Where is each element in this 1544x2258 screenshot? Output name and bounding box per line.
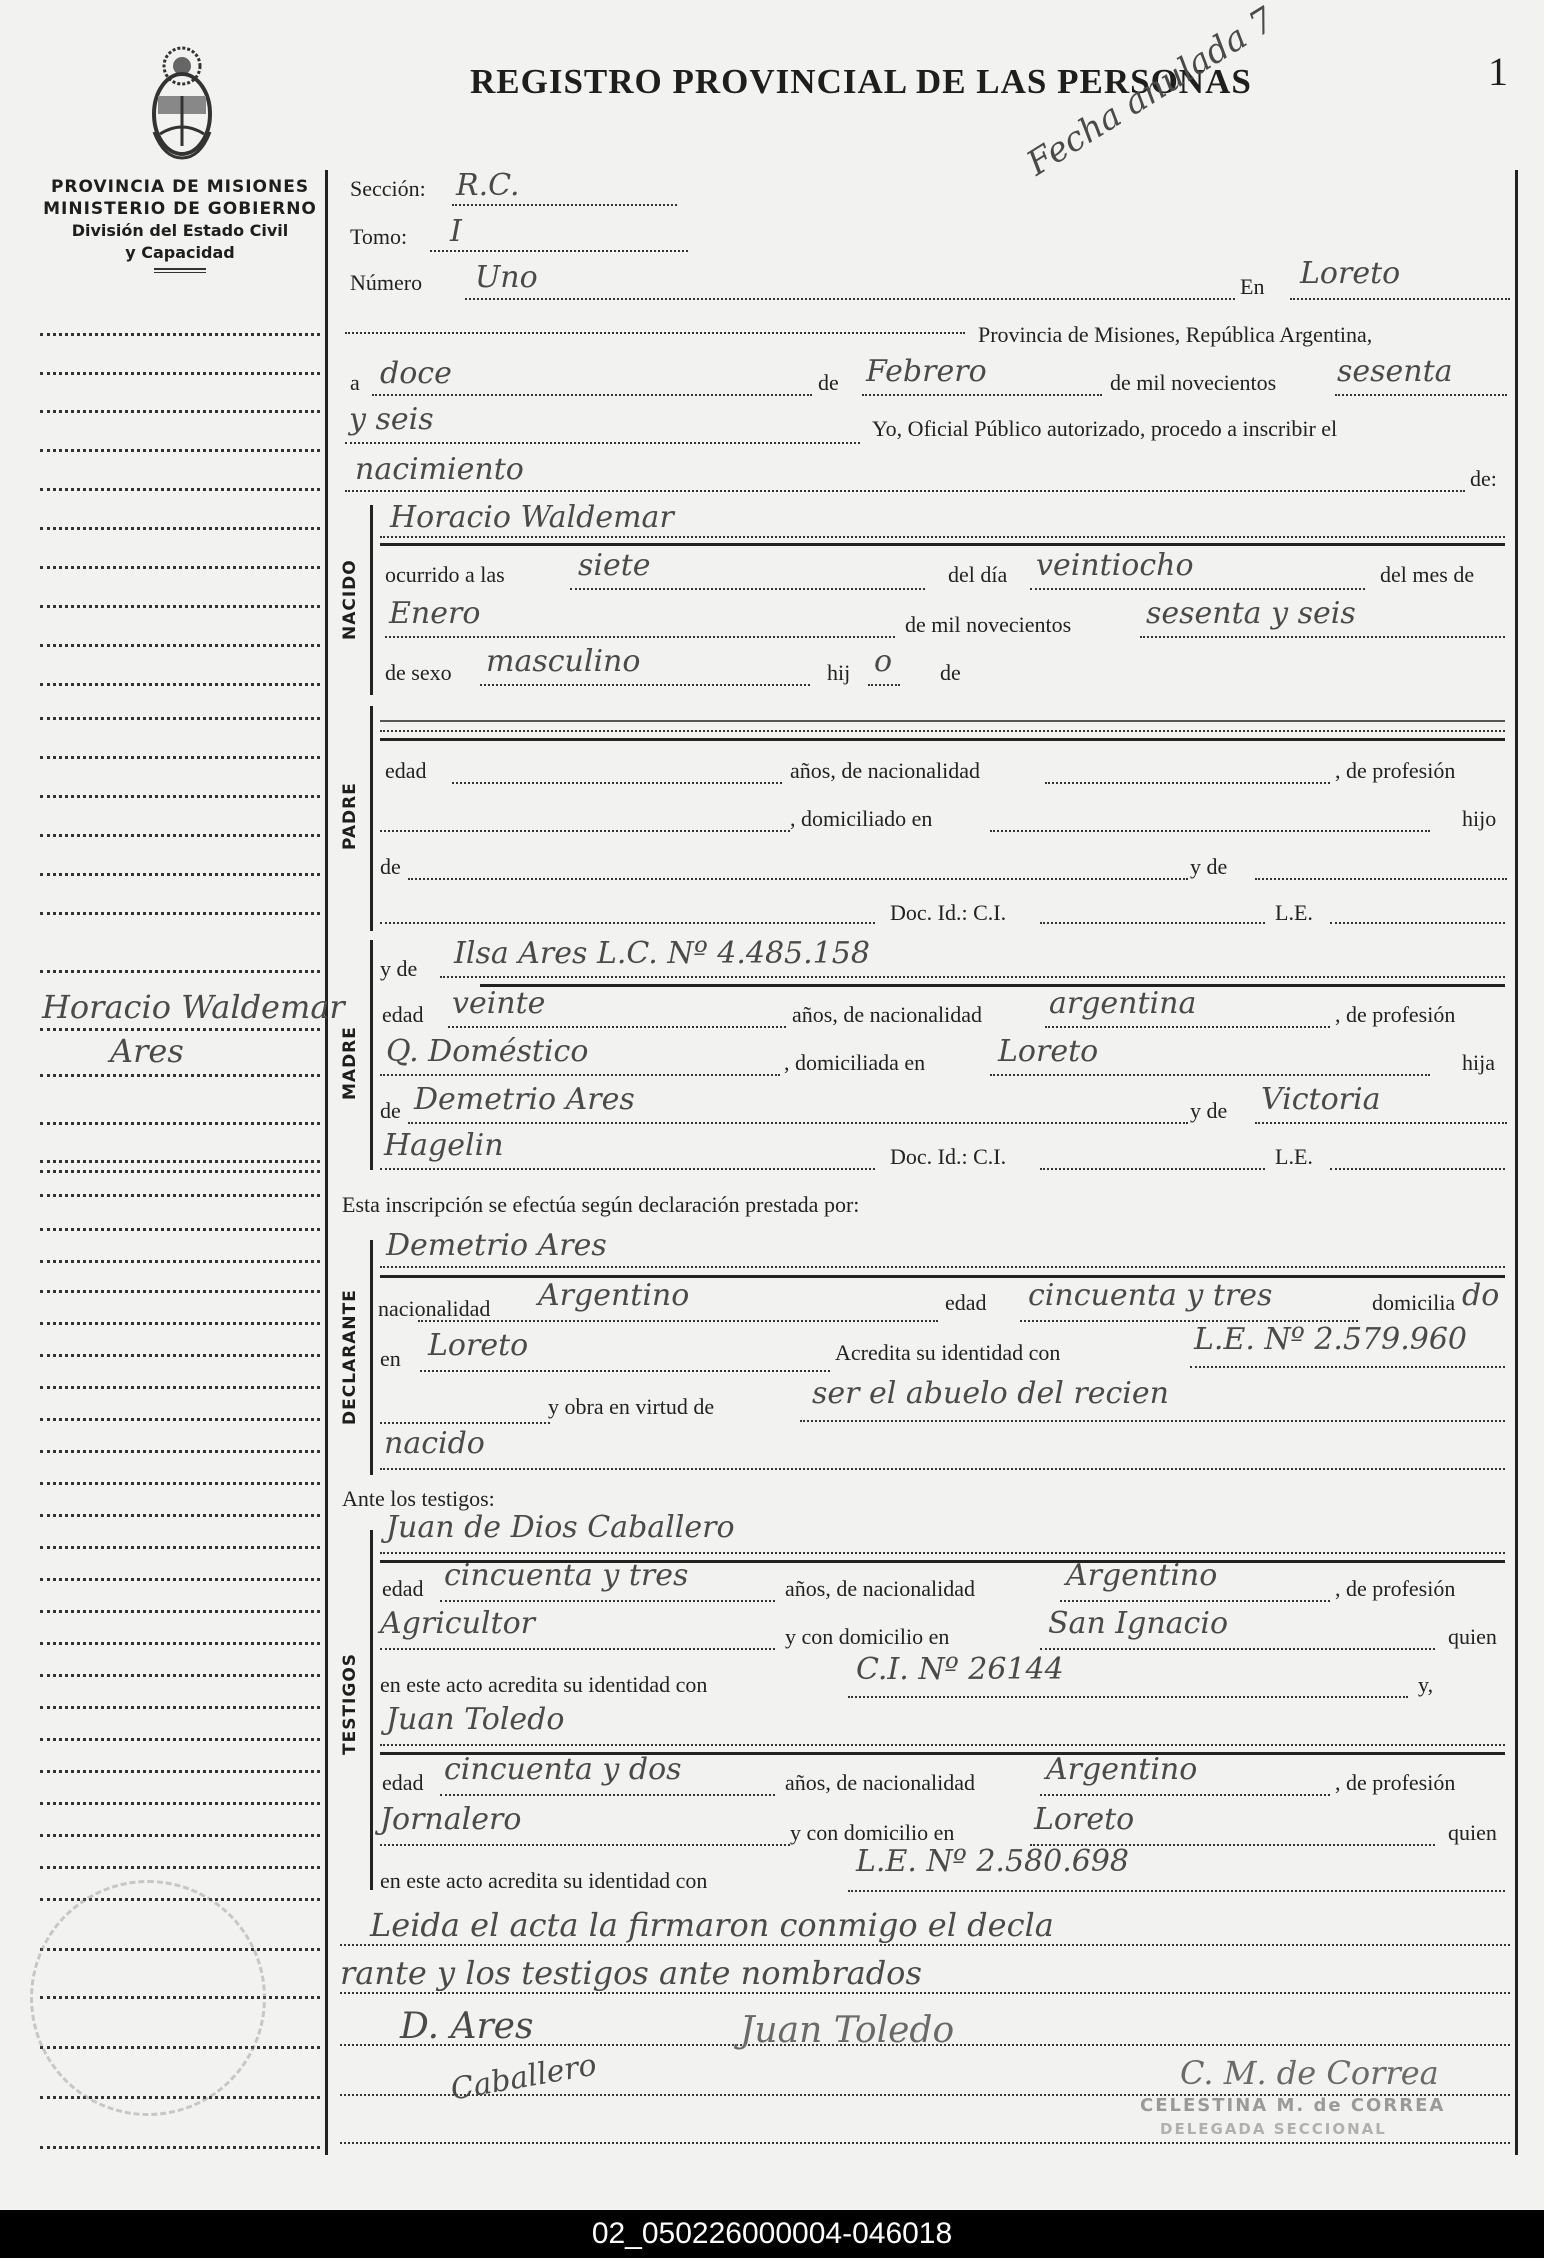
margin-line [40, 1260, 320, 1263]
madre-le-label: L.E. [1275, 1144, 1313, 1170]
birth-month-value: Enero [389, 596, 480, 631]
madre-nacionalidad-value: argentina [1049, 986, 1196, 1021]
declarante-edad-label: edad [945, 1290, 987, 1316]
margin-line [40, 449, 320, 452]
declarante-tag: DECLARANTE [340, 1289, 360, 1425]
witness-1-domicilio-value: San Ignacio [1048, 1606, 1228, 1641]
witness-2-edad-label: edad [382, 1770, 424, 1796]
witness-2-domicilio-label: y con domicilio en [790, 1820, 954, 1846]
margin-line [40, 717, 320, 720]
madre-mother-value-1: Victoria [1261, 1082, 1380, 1117]
padre-nacionalidad-field[interactable] [1045, 752, 1330, 784]
sexo-label: de sexo [385, 660, 452, 686]
nacido-rule [380, 543, 1505, 546]
margin-line [40, 1354, 320, 1357]
margin-note-surname: Ares [110, 1032, 184, 1070]
witness-2-nacionalidad-field[interactable]: Argentino [1040, 1762, 1330, 1796]
witness-2-profesion-field[interactable]: Jornalero [380, 1812, 790, 1846]
act-value: nacimiento [355, 452, 524, 487]
margin-line [40, 1514, 320, 1517]
month-field[interactable]: Febrero [862, 362, 1102, 396]
padre-ci-field[interactable] [1040, 892, 1265, 924]
madre-name-value: Ilsa Ares L.C. Nº 4.485.158 [454, 936, 870, 971]
witness-1-quien-label: quien [1448, 1624, 1497, 1650]
margin-line [40, 834, 320, 837]
padre-profesion-field[interactable] [380, 800, 790, 832]
margin-line [40, 912, 320, 915]
madre-profesion-field[interactable]: Q. Doméstico [380, 1042, 780, 1076]
dia-label: del día [948, 562, 1007, 588]
witness-2-profesion-label: , de profesión [1335, 1770, 1455, 1796]
madre-father-value: Demetrio Ares [414, 1082, 635, 1117]
margin-line [40, 566, 320, 569]
page-number: 1 [1488, 48, 1508, 95]
closing-text-2: rante y los testigos ante nombrados [340, 1954, 922, 1992]
place-field[interactable] [345, 312, 965, 334]
witness-2-name-value: Juan Toledo [386, 1702, 564, 1737]
hour-value: siete [578, 548, 651, 583]
witness-1-nacionalidad-field[interactable]: Argentino [1060, 1568, 1330, 1602]
declarante-obra-value-2: nacido [384, 1426, 485, 1461]
year-field-cont[interactable]: y seis [345, 410, 860, 444]
nacido-name-field[interactable]: Horacio Waldemar [380, 506, 1505, 538]
witness-1-edad-value: cincuenta y tres [444, 1558, 688, 1593]
year-label: de mil novecientos [1110, 370, 1276, 396]
birth-year-field[interactable]: sesenta y seis [1140, 604, 1505, 638]
padre-le-label: L.E. [1275, 900, 1313, 926]
seccion-label: Sección: [350, 176, 426, 202]
testigos-tag: TESTIGOS [340, 1653, 360, 1755]
declarante-obra-field-cont[interactable]: nacido [380, 1436, 1505, 1470]
margin-line [40, 873, 320, 876]
issuer-division: División del Estado Civil [30, 220, 330, 242]
day-field[interactable]: doce [372, 362, 812, 396]
margin-line [40, 756, 320, 759]
official-stamp-title: DELEGADA SECCIONAL [1160, 2120, 1387, 2138]
padre-y-de-label: y de [1190, 854, 1227, 880]
margin-line [40, 527, 320, 530]
madre-mother-field[interactable]: Victoria [1255, 1090, 1507, 1124]
margin-line [40, 1834, 320, 1837]
witness-2-acredita-label: en este acto acredita su identidad con [380, 1868, 707, 1894]
madre-profesion-label: , de profesión [1335, 1002, 1455, 1028]
margin-line [40, 605, 320, 608]
declarante-acredita-label: Acredita su identidad con [835, 1340, 1060, 1366]
declarante-domicilia-label: domicilia [1372, 1290, 1455, 1316]
issuer-ministry: MINISTERIO DE GOBIERNO [30, 198, 330, 220]
madre-ci-field[interactable] [1040, 1136, 1265, 1170]
margin-line [40, 1450, 320, 1453]
witness-1-edad-field[interactable]: cincuenta y tres [440, 1568, 775, 1602]
madre-domiciliada-label: , domiciliada en [784, 1050, 925, 1076]
declarante-nacionalidad-value: Argentino [538, 1278, 689, 1313]
declarante-acredita-field[interactable]: L.E. Nº 2.579.960 [1190, 1334, 1505, 1368]
closing-line-1[interactable]: Leida el acta la firmaron conmigo el dec… [340, 1910, 1510, 1946]
issuer-underline [154, 268, 206, 273]
birth-month-field[interactable]: Enero [385, 604, 895, 638]
witness-2-quien-label: quien [1448, 1820, 1497, 1846]
madre-domicilio-field[interactable]: Loreto [990, 1042, 1430, 1076]
hij-label: hij [827, 660, 850, 686]
declarante-name-field[interactable]: Demetrio Ares [380, 1236, 1505, 1268]
margin-line [40, 1610, 320, 1613]
numero-field[interactable]: Uno [465, 268, 1235, 300]
witness-1-name-value: Juan de Dios Caballero [386, 1510, 735, 1545]
numero-label: Número [350, 270, 422, 296]
witness-2-name-field[interactable]: Juan Toledo [380, 1712, 1505, 1746]
year-value-1: sesenta [1337, 354, 1453, 389]
madre-bracket [370, 940, 373, 1170]
hij-value: o [874, 644, 892, 679]
provincia-text: Provincia de Misiones, República Argenti… [978, 322, 1372, 348]
margin-line [40, 683, 320, 686]
closing-line-2[interactable]: rante y los testigos ante nombrados [340, 1958, 1510, 1994]
madre-mother-field-cont[interactable]: Hagelin [380, 1136, 875, 1170]
madre-domicilio-value: Loreto [998, 1034, 1098, 1069]
nacido-bracket [370, 505, 373, 695]
madre-hija-label: hija [1462, 1050, 1495, 1076]
en-value: Loreto [1300, 256, 1400, 291]
declarante-acredita-value: L.E. Nº 2.579.960 [1194, 1322, 1467, 1357]
de-label: de [818, 370, 839, 396]
margin-line [40, 970, 320, 973]
margin-line [40, 1802, 320, 1805]
witness-1-acredita-label: en este acto acredita su identidad con [380, 1672, 707, 1698]
margin-line [40, 410, 320, 413]
declarante-nacionalidad-field[interactable]: Argentino [418, 1288, 938, 1322]
madre-y-de-label: y de [380, 956, 417, 982]
margin-line [40, 1170, 320, 1173]
closing-text-1: Leida el acta la firmaron conmigo el dec… [370, 1906, 1054, 1944]
declarante-obra-value-1: ser el abuelo del recien [812, 1376, 1169, 1411]
margin-line [40, 1738, 320, 1741]
signature-witness-2: Juan Toledo [740, 2010, 954, 2051]
issuer-division-2: y Capacidad [30, 242, 330, 264]
margin-line [40, 1386, 320, 1389]
padre-profesion-label: , de profesión [1335, 758, 1455, 784]
seccion-field[interactable]: R.C. [452, 176, 677, 206]
margin-line [40, 1770, 320, 1773]
witness-2-acredita-value: L.E. Nº 2.580.698 [856, 1844, 1129, 1879]
signature-witness-1: Caballero [448, 2047, 599, 2107]
margin-line [40, 1706, 320, 1709]
seccion-value: R.C. [456, 168, 520, 203]
madre-anos-label: años, de nacionalidad [792, 1002, 982, 1028]
witness-1-profesion-value: Agricultor [380, 1606, 535, 1641]
madre-tag: MADRE [340, 1026, 360, 1100]
witness-1-profesion-field[interactable]: Agricultor [380, 1616, 775, 1650]
witness-2-domicilio-field[interactable]: Loreto [1030, 1812, 1435, 1846]
madre-le-field[interactable] [1330, 1136, 1505, 1170]
madre-father-field[interactable]: Demetrio Ares [408, 1090, 1188, 1124]
margin-note-name: Horacio Waldemar [42, 988, 345, 1026]
declarante-bracket [370, 1240, 373, 1475]
margin-line [40, 1160, 320, 1163]
madre-edad-field[interactable]: veinte [448, 994, 786, 1028]
birth-year-label: de mil novecientos [905, 612, 1071, 638]
margin-line [40, 333, 320, 336]
declarante-blank-field[interactable] [380, 1392, 550, 1424]
declarante-intro: Esta inscripción se efectúa según declar… [342, 1192, 859, 1218]
witness-1-nacionalidad-value: Argentino [1066, 1558, 1217, 1593]
padre-mother-field[interactable] [1255, 848, 1507, 880]
witness-1-acredita-value: C.I. Nº 26144 [856, 1652, 1064, 1687]
a-label: a [350, 370, 360, 396]
declarante-obra-field[interactable]: ser el abuelo del recien [800, 1386, 1505, 1422]
padre-domicilio-field[interactable] [990, 800, 1430, 832]
day-value: doce [380, 356, 452, 391]
margin-line [40, 1228, 320, 1231]
witness-1-tail: y, [1418, 1672, 1433, 1698]
margin-line [40, 1674, 320, 1677]
month-value: Febrero [866, 354, 987, 389]
witness-2-edad-field[interactable]: cincuenta y dos [440, 1762, 775, 1796]
official-stamp-name: CELESTINA M. de CORREA [1140, 2095, 1445, 2116]
witness-2-profesion-value: Jornalero [380, 1802, 521, 1837]
declarante-en-value: Loreto [428, 1328, 528, 1363]
numero-value: Uno [475, 260, 538, 295]
officer-text: Yo, Oficial Público autorizado, procedo … [872, 416, 1337, 442]
margin-line [40, 1578, 320, 1581]
declarante-en-field[interactable]: Loreto [420, 1338, 830, 1372]
padre-de-label: de [380, 854, 401, 880]
tomo-field[interactable]: I [430, 222, 688, 252]
right-border [1515, 170, 1518, 2155]
witness-1-anos-label: años, de nacionalidad [785, 1576, 975, 1602]
issuer-province: PROVINCIA DE MISIONES [30, 176, 330, 198]
margin-line [40, 795, 320, 798]
margin-line [40, 1482, 320, 1485]
margin-line [40, 1642, 320, 1645]
tomo-label: Tomo: [350, 224, 407, 250]
mes-label: del mes de [1380, 562, 1474, 588]
birth-year-value: sesenta y seis [1146, 596, 1356, 631]
coat-of-arms-icon [140, 36, 224, 164]
madre-edad-label: edad [382, 1002, 424, 1028]
birth-day-value: veintiocho [1036, 548, 1194, 583]
madre-mother-value-2: Hagelin [384, 1128, 504, 1163]
testigos-intro: Ante los testigos: [342, 1486, 495, 1512]
padre-anos-label: años, de nacionalidad [790, 758, 980, 784]
madre-doc-label: Doc. Id.: C.I. [890, 1144, 1006, 1170]
madre-rule [480, 984, 1505, 987]
margin-line [40, 488, 320, 491]
signature-declarante: D. Ares [400, 2006, 533, 2047]
sexo-value: masculino [486, 644, 640, 679]
witness-1-acredita-field[interactable]: C.I. Nº 26144 [848, 1664, 1408, 1698]
declarante-edad-field[interactable]: cincuenta y tres [1020, 1288, 1358, 1322]
declarante-en-label: en [380, 1346, 401, 1372]
padre-tag: PADRE [340, 782, 360, 850]
witness-1-domicilio-label: y con domicilio en [785, 1624, 949, 1650]
nacido-name-value: Horacio Waldemar [390, 500, 674, 535]
hij-field[interactable]: o [868, 652, 900, 686]
official-seal [30, 1880, 266, 2116]
madre-de-label: de [380, 1098, 401, 1124]
padre-le-field[interactable] [1330, 892, 1505, 924]
padre-doc-label: Doc. Id.: C.I. [890, 900, 1006, 926]
madre-edad-value: veinte [452, 986, 545, 1021]
madre-name-field[interactable]: Ilsa Ares L.C. Nº 4.485.158 [440, 942, 1505, 978]
witness-1-name-field[interactable]: Juan de Dios Caballero [380, 1520, 1505, 1554]
nacido-de-label: de [940, 660, 961, 686]
margin-line [40, 1322, 320, 1325]
testigos-bracket [370, 1530, 373, 1890]
margin-line [40, 1290, 320, 1293]
issuer-block: PROVINCIA DE MISIONES MINISTERIO DE GOBI… [30, 176, 330, 273]
madre-y-de-label-2: y de [1190, 1098, 1227, 1124]
year-field[interactable]: sesenta [1335, 362, 1507, 396]
declarante-obra-label: y obra en virtud de [548, 1394, 714, 1420]
nacido-tag: NACIDO [340, 559, 360, 640]
margin-line [40, 1194, 320, 1197]
padre-bracket [370, 706, 373, 931]
witness-2-acredita-field[interactable]: L.E. Nº 2.580.698 [848, 1858, 1505, 1892]
margin-line [40, 644, 320, 647]
year-value-2: y seis [349, 402, 434, 437]
witness-2-edad-value: cincuenta y dos [444, 1752, 682, 1787]
ocurrido-label: ocurrido a las [385, 562, 505, 588]
de-colon-label: de: [1470, 466, 1497, 492]
tomo-value: I [450, 214, 462, 249]
margin-line [40, 1418, 320, 1421]
padre-doc-field[interactable] [380, 892, 875, 924]
padre-hijo-label: hijo [1462, 806, 1496, 832]
padre-domiciliado-label: , domiciliado en [790, 806, 932, 832]
madre-profesion-value: Q. Doméstico [386, 1034, 588, 1069]
sexo-field[interactable]: masculino [480, 652, 810, 686]
witness-2-anos-label: años, de nacionalidad [785, 1770, 975, 1796]
hour-field[interactable]: siete [570, 556, 925, 590]
margin-line [40, 2146, 320, 2149]
witness-1-profesion-label: , de profesión [1335, 1576, 1455, 1602]
padre-father-field[interactable] [408, 848, 1188, 880]
document-id-footer: 02_050226000004-046018 [0, 2210, 1544, 2258]
witness-1-edad-label: edad [382, 1576, 424, 1602]
margin-line [40, 1028, 320, 1031]
declarante-domicilia-suffix: do [1462, 1278, 1499, 1313]
margin-line [40, 1122, 320, 1125]
margin-line [40, 1546, 320, 1549]
en-label: En [1240, 274, 1264, 300]
en-field[interactable]: Loreto [1290, 268, 1510, 300]
margin-line [40, 1074, 320, 1077]
padre-edad-field[interactable] [452, 752, 782, 784]
margin-line [40, 372, 320, 375]
madre-nacionalidad-field[interactable]: argentina [1045, 994, 1330, 1028]
padre-edad-label: edad [385, 758, 427, 784]
act-field[interactable]: nacimiento [345, 458, 1465, 492]
padre-rule [380, 738, 1505, 741]
witness-2-domicilio-value: Loreto [1034, 1802, 1134, 1837]
signature-official: C. M. de Correa [1180, 2054, 1439, 2092]
birth-day-field[interactable]: veintiocho [1030, 556, 1365, 590]
margin-divider [325, 170, 328, 2155]
padre-name-dots [380, 722, 1505, 732]
declarante-edad-value: cincuenta y tres [1028, 1278, 1272, 1313]
witness-1-domicilio-field[interactable]: San Ignacio [1040, 1616, 1435, 1650]
witness-2-nacionalidad-value: Argentino [1046, 1752, 1197, 1787]
declarante-name-value: Demetrio Ares [386, 1228, 607, 1263]
margin-line [40, 1866, 320, 1869]
